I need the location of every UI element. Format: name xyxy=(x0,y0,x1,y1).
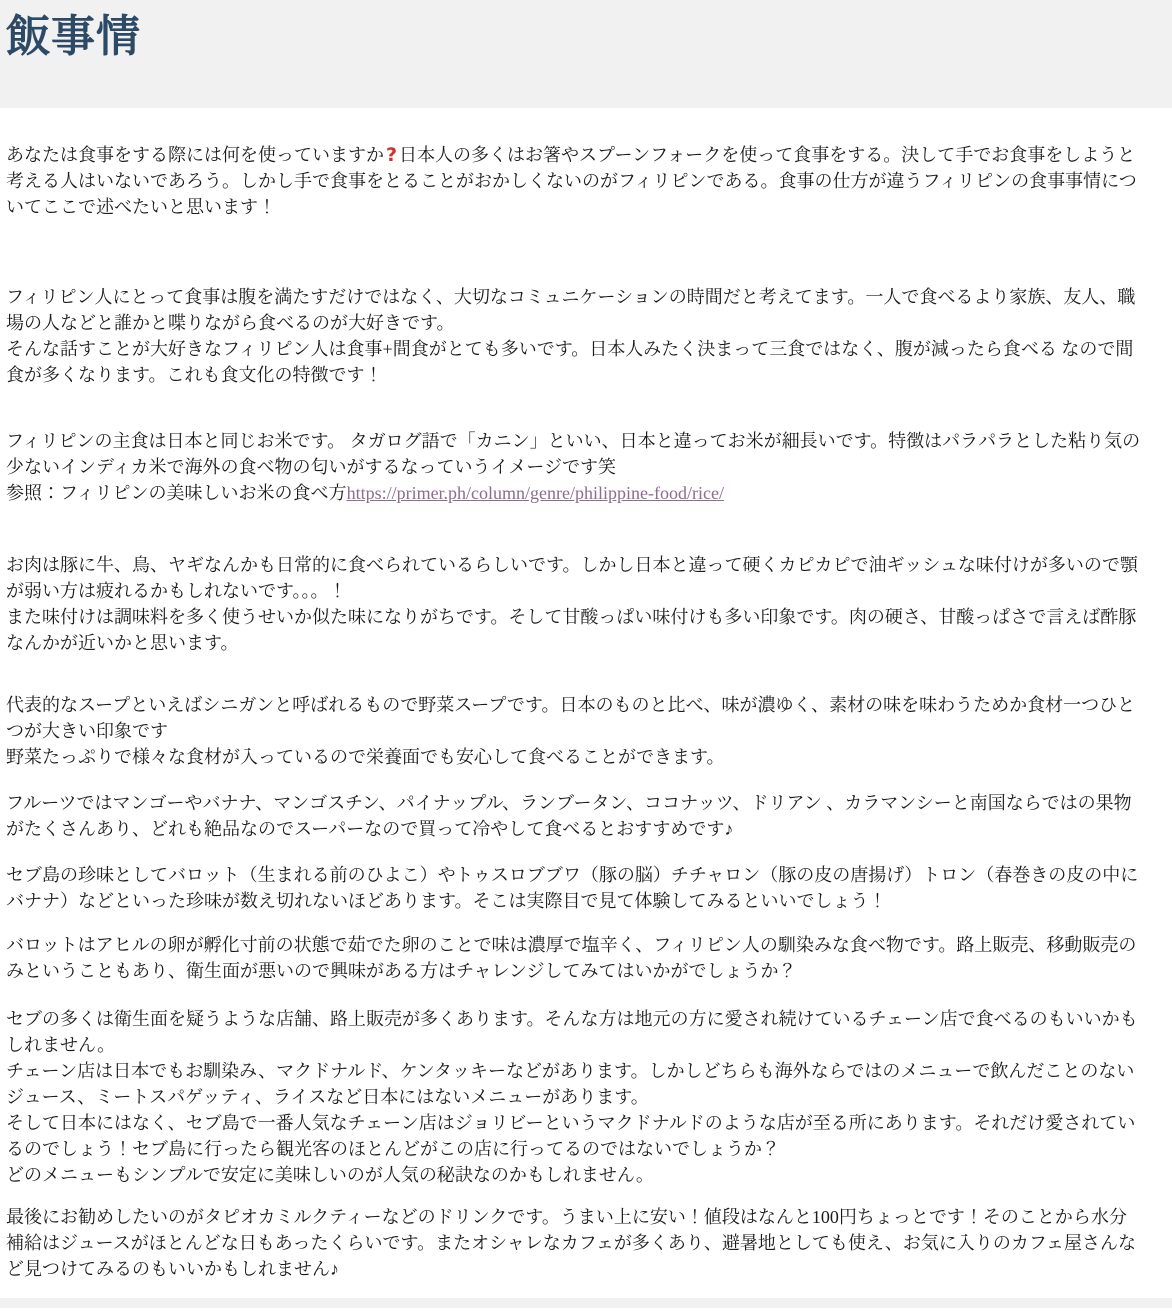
paragraph-chain-stores: セブの多くは衛生面を疑うような店舗、路上販売が多くあります。そんな方は地元の方に… xyxy=(6,1006,1142,1188)
page-header: 飯事情 xyxy=(0,0,1172,108)
paragraph-fruits: フルーツではマンゴーやバナナ、マンゴスチン、パイナップル、ランブータン、ココナッ… xyxy=(6,790,1142,842)
paragraph-delicacies: セブ島の珍味としてバロット（生まれる前のひよこ）やトゥスロブブワ（豚の脳）チチャ… xyxy=(6,862,1142,914)
paragraph-soup: 代表的なスープといえばシニガンと呼ばれるもので野菜スープです。日本のものと比べ、… xyxy=(6,692,1142,770)
paragraph-intro: あなたは食事をする際には何を使っていますか?日本人の多くはお箸やスプーンフォーク… xyxy=(6,142,1142,220)
rice-article-link[interactable]: https://primer.ph/column/genre/philippin… xyxy=(347,483,724,503)
red-question-mark-icon: ? xyxy=(384,144,399,166)
page-title: 飯事情 xyxy=(6,12,1172,63)
paragraph-drinks: 最後にお勧めしたいのがタピオカミルクティーなどのドリンクです。うまい上に安い！値… xyxy=(6,1204,1142,1282)
paragraph-rice: フィリピンの主食は日本と同じお米です。 タガログ語で「カニン」といい、日本と違っ… xyxy=(6,428,1142,506)
paragraph-communication: フィリピン人にとって食事は腹を満たすだけではなく、大切なコミュニケーションの時間… xyxy=(6,284,1142,388)
paragraph-meat: お肉は豚に牛、鳥、ヤギなんかも日常的に食べられているらしいです。しかし日本と違っ… xyxy=(6,552,1142,656)
article-content: あなたは食事をする際には何を使っていますか?日本人の多くはお箸やスプーンフォーク… xyxy=(0,108,1172,1298)
page-footer xyxy=(0,1298,1172,1308)
page: { "page": { "title": "飯事情" }, "theme": {… xyxy=(0,0,1172,1308)
intro-text-before: あなたは食事をする際には何を使っていますか xyxy=(6,145,384,165)
paragraph-balut: バロットはアヒルの卵が孵化寸前の状態で茹でた卵のことで味は濃厚で塩辛く、フィリピ… xyxy=(6,932,1142,984)
